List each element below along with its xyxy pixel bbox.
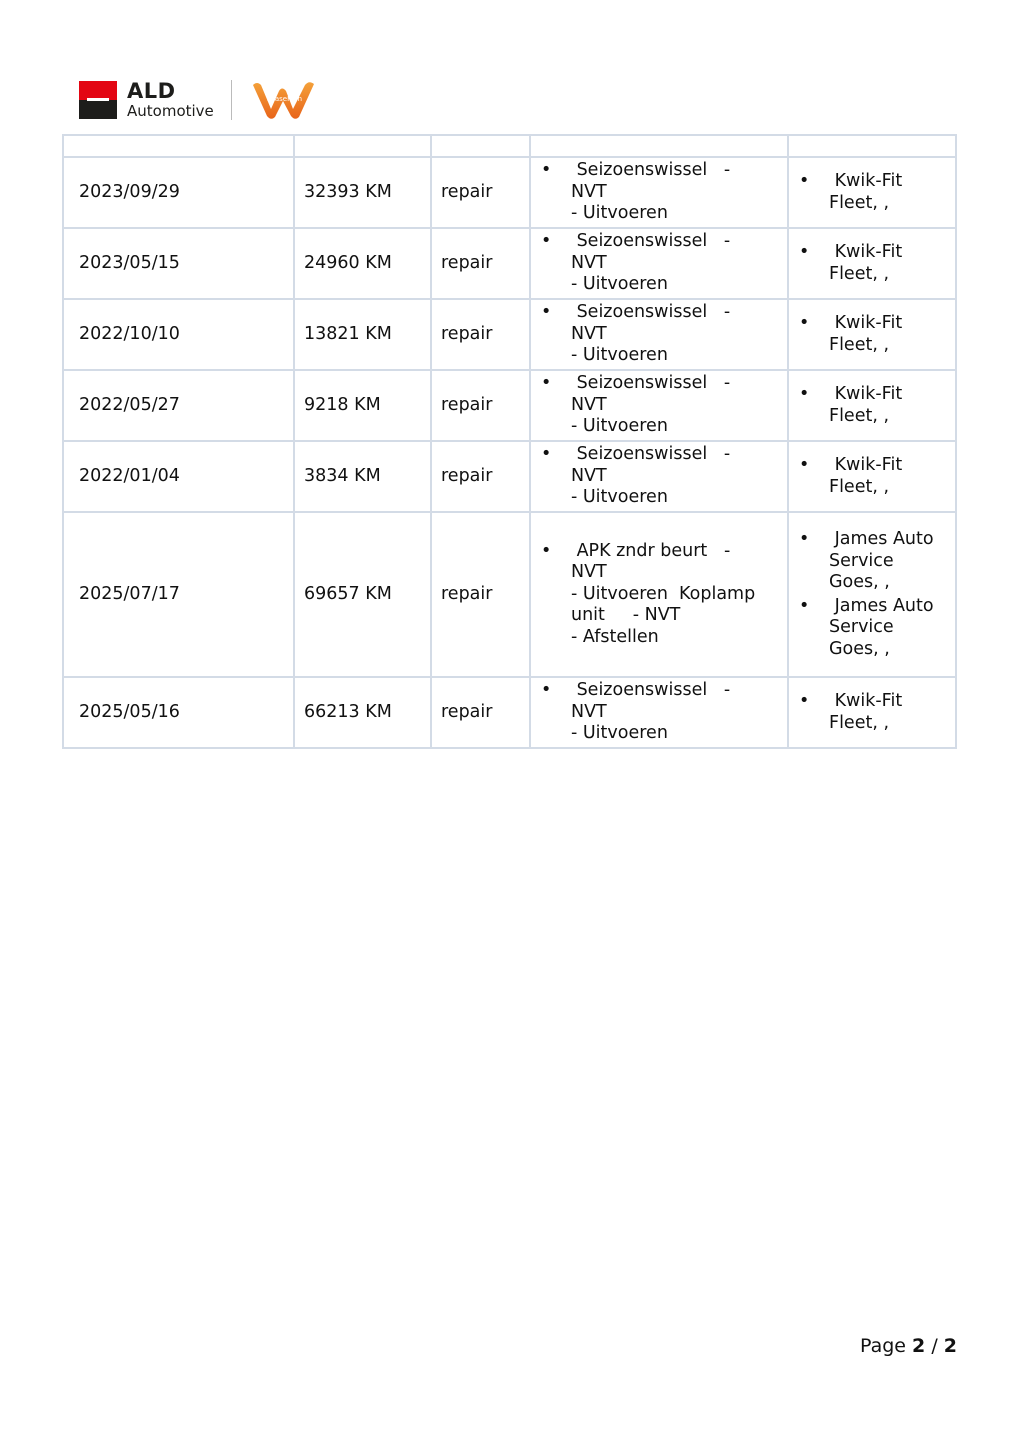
supplier-cell-list: Kwik-FitFleet, , — [799, 170, 951, 215]
mileage-cell: 13821 KM — [294, 299, 431, 370]
leaseplan-logo-icon: LeasePlan — [249, 79, 319, 121]
list-item-first-line: Seizoenswissel - — [571, 444, 781, 466]
list-item-continuation: NVT - Uitvoeren — [541, 182, 781, 225]
date-cell: 2022/01/04 — [63, 441, 294, 512]
list-item-continuation: Fleet, , — [799, 264, 951, 286]
mileage-cell: 32393 KM — [294, 157, 431, 228]
list-item-first-line: Kwik-Fit — [829, 171, 951, 193]
supplier-cell: Kwik-FitFleet, , — [788, 677, 956, 748]
leaseplan-logo-text: LeasePlan — [267, 95, 302, 103]
table-row: 2023/05/1524960 KMrepair Seizoenswissel … — [63, 228, 956, 299]
work-description-cell: Seizoenswissel -NVT - Uitvoeren — [530, 370, 788, 441]
date-cell: 2025/07/17 — [63, 512, 294, 677]
table-row: 2022/05/279218 KMrepair Seizoenswissel -… — [63, 370, 956, 441]
list-item-continuation: NVT - Uitvoeren — [541, 466, 781, 509]
list-item-continuation: Fleet, , — [799, 477, 951, 499]
supplier-cell: Kwik-FitFleet, , — [788, 299, 956, 370]
supplier-cell-list: Kwik-FitFleet, , — [799, 312, 951, 357]
document-header: ALD Automotive LeasePlan — [79, 78, 319, 122]
work-description-cell-list: Seizoenswissel -NVT - Uitvoeren — [541, 372, 781, 439]
header-cell — [431, 135, 530, 157]
type-cell: repair — [431, 441, 530, 512]
table-row: 2025/05/1666213 KMrepair Seizoenswissel … — [63, 677, 956, 748]
type-cell: repair — [431, 228, 530, 299]
type-cell: repair — [431, 370, 530, 441]
list-item: Seizoenswissel -NVT - Uitvoeren — [541, 230, 781, 297]
list-item-continuation: NVT - Uitvoeren Koplamp unit - NVT - Afs… — [541, 562, 781, 648]
type-cell: repair — [431, 677, 530, 748]
page-label: Page — [860, 1335, 906, 1357]
ald-logo-line2: Automotive — [127, 104, 214, 119]
supplier-cell: Kwik-FitFleet, , — [788, 441, 956, 512]
page-indicator: Page 2 / 2 — [860, 1335, 957, 1357]
ald-logo-text: ALD Automotive — [127, 81, 214, 119]
table-row: 2022/10/1013821 KMrepair Seizoenswissel … — [63, 299, 956, 370]
list-item: Kwik-FitFleet, , — [799, 383, 951, 428]
date-cell: 2022/05/27 — [63, 370, 294, 441]
mileage-cell: 24960 KM — [294, 228, 431, 299]
work-description-cell-list: Seizoenswissel -NVT - Uitvoeren — [541, 301, 781, 368]
list-item-continuation: Fleet, , — [799, 406, 951, 428]
date-cell: 2022/10/10 — [63, 299, 294, 370]
work-description-cell: Seizoenswissel -NVT - Uitvoeren — [530, 228, 788, 299]
header-cell — [63, 135, 294, 157]
ald-logo-line1: ALD — [127, 81, 214, 102]
list-item: Seizoenswissel -NVT - Uitvoeren — [541, 679, 781, 746]
type-cell: repair — [431, 157, 530, 228]
supplier-cell: James AutoService Goes, , James AutoServ… — [788, 512, 956, 677]
list-item-first-line: Kwik-Fit — [829, 455, 951, 477]
work-description-cell-list: APK zndr beurt -NVT - Uitvoeren Koplamp … — [541, 540, 781, 650]
list-item-first-line: Seizoenswissel - — [571, 302, 781, 324]
table-row: 2025/07/1769657 KMrepair APK zndr beurt … — [63, 512, 956, 677]
header-cell — [530, 135, 788, 157]
list-item-continuation: Fleet, , — [799, 713, 951, 735]
mileage-cell: 3834 KM — [294, 441, 431, 512]
list-item-continuation: Fleet, , — [799, 335, 951, 357]
list-item: Kwik-FitFleet, , — [799, 312, 951, 357]
work-description-cell-list: Seizoenswissel -NVT - Uitvoeren — [541, 159, 781, 226]
list-item-continuation: NVT - Uitvoeren — [541, 253, 781, 296]
current-page: 2 — [912, 1335, 925, 1357]
supplier-cell-list: Kwik-FitFleet, , — [799, 383, 951, 428]
work-description-cell: Seizoenswissel -NVT - Uitvoeren — [530, 441, 788, 512]
supplier-cell: Kwik-FitFleet, , — [788, 228, 956, 299]
list-item: APK zndr beurt -NVT - Uitvoeren Koplamp … — [541, 540, 781, 650]
list-item-continuation: Service Goes, , — [799, 551, 951, 594]
list-item-first-line: Seizoenswissel - — [571, 231, 781, 253]
list-item-continuation: Service Goes, , — [799, 617, 951, 660]
table-row: 2023/09/2932393 KMrepair Seizoenswissel … — [63, 157, 956, 228]
mileage-cell: 9218 KM — [294, 370, 431, 441]
list-item-continuation: NVT - Uitvoeren — [541, 324, 781, 367]
list-item: Seizoenswissel -NVT - Uitvoeren — [541, 443, 781, 510]
list-item: Seizoenswissel -NVT - Uitvoeren — [541, 301, 781, 368]
list-item-first-line: Seizoenswissel - — [571, 680, 781, 702]
list-item: James AutoService Goes, , — [799, 595, 951, 662]
type-cell: repair — [431, 299, 530, 370]
ald-logo-icon — [79, 81, 117, 119]
date-cell: 2023/09/29 — [63, 157, 294, 228]
header-cell — [788, 135, 956, 157]
table-row: 2022/01/043834 KMrepair Seizoenswissel -… — [63, 441, 956, 512]
list-item-first-line: Kwik-Fit — [829, 242, 951, 264]
date-cell: 2023/05/15 — [63, 228, 294, 299]
list-item-first-line: James Auto — [829, 529, 951, 551]
list-item: James AutoService Goes, , — [799, 528, 951, 595]
supplier-cell-list: Kwik-FitFleet, , — [799, 690, 951, 735]
type-cell: repair — [431, 512, 530, 677]
list-item: Kwik-FitFleet, , — [799, 170, 951, 215]
list-item-first-line: Seizoenswissel - — [571, 373, 781, 395]
work-description-cell: Seizoenswissel -NVT - Uitvoeren — [530, 677, 788, 748]
list-item-continuation: NVT - Uitvoeren — [541, 702, 781, 745]
list-item-first-line: Kwik-Fit — [829, 384, 951, 406]
table-header-row — [63, 135, 956, 157]
total-pages: 2 — [944, 1335, 957, 1357]
supplier-cell-list: James AutoService Goes, , James AutoServ… — [799, 528, 951, 661]
work-description-cell: Seizoenswissel -NVT - Uitvoeren — [530, 299, 788, 370]
list-item-first-line: Seizoenswissel - — [571, 160, 781, 182]
work-description-cell: APK zndr beurt -NVT - Uitvoeren Koplamp … — [530, 512, 788, 677]
mileage-cell: 69657 KM — [294, 512, 431, 677]
supplier-cell-list: Kwik-FitFleet, , — [799, 454, 951, 499]
header-cell — [294, 135, 431, 157]
work-description-cell-list: Seizoenswissel -NVT - Uitvoeren — [541, 230, 781, 297]
list-item: Seizoenswissel -NVT - Uitvoeren — [541, 159, 781, 226]
supplier-cell: Kwik-FitFleet, , — [788, 370, 956, 441]
logo-divider — [231, 80, 232, 120]
supplier-cell-list: Kwik-FitFleet, , — [799, 241, 951, 286]
work-description-cell: Seizoenswissel -NVT - Uitvoeren — [530, 157, 788, 228]
supplier-cell: Kwik-FitFleet, , — [788, 157, 956, 228]
list-item-continuation: Fleet, , — [799, 193, 951, 215]
list-item: Kwik-FitFleet, , — [799, 454, 951, 499]
work-description-cell-list: Seizoenswissel -NVT - Uitvoeren — [541, 679, 781, 746]
maintenance-history-table: 2023/09/2932393 KMrepair Seizoenswissel … — [62, 134, 957, 749]
list-item-first-line: James Auto — [829, 596, 951, 618]
list-item-first-line: Kwik-Fit — [829, 313, 951, 335]
list-item-first-line: APK zndr beurt - — [571, 541, 781, 563]
page-separator: / — [931, 1335, 937, 1357]
list-item: Kwik-FitFleet, , — [799, 690, 951, 735]
list-item: Seizoenswissel -NVT - Uitvoeren — [541, 372, 781, 439]
list-item-continuation: NVT - Uitvoeren — [541, 395, 781, 438]
mileage-cell: 66213 KM — [294, 677, 431, 748]
work-description-cell-list: Seizoenswissel -NVT - Uitvoeren — [541, 443, 781, 510]
date-cell: 2025/05/16 — [63, 677, 294, 748]
list-item-first-line: Kwik-Fit — [829, 691, 951, 713]
list-item: Kwik-FitFleet, , — [799, 241, 951, 286]
